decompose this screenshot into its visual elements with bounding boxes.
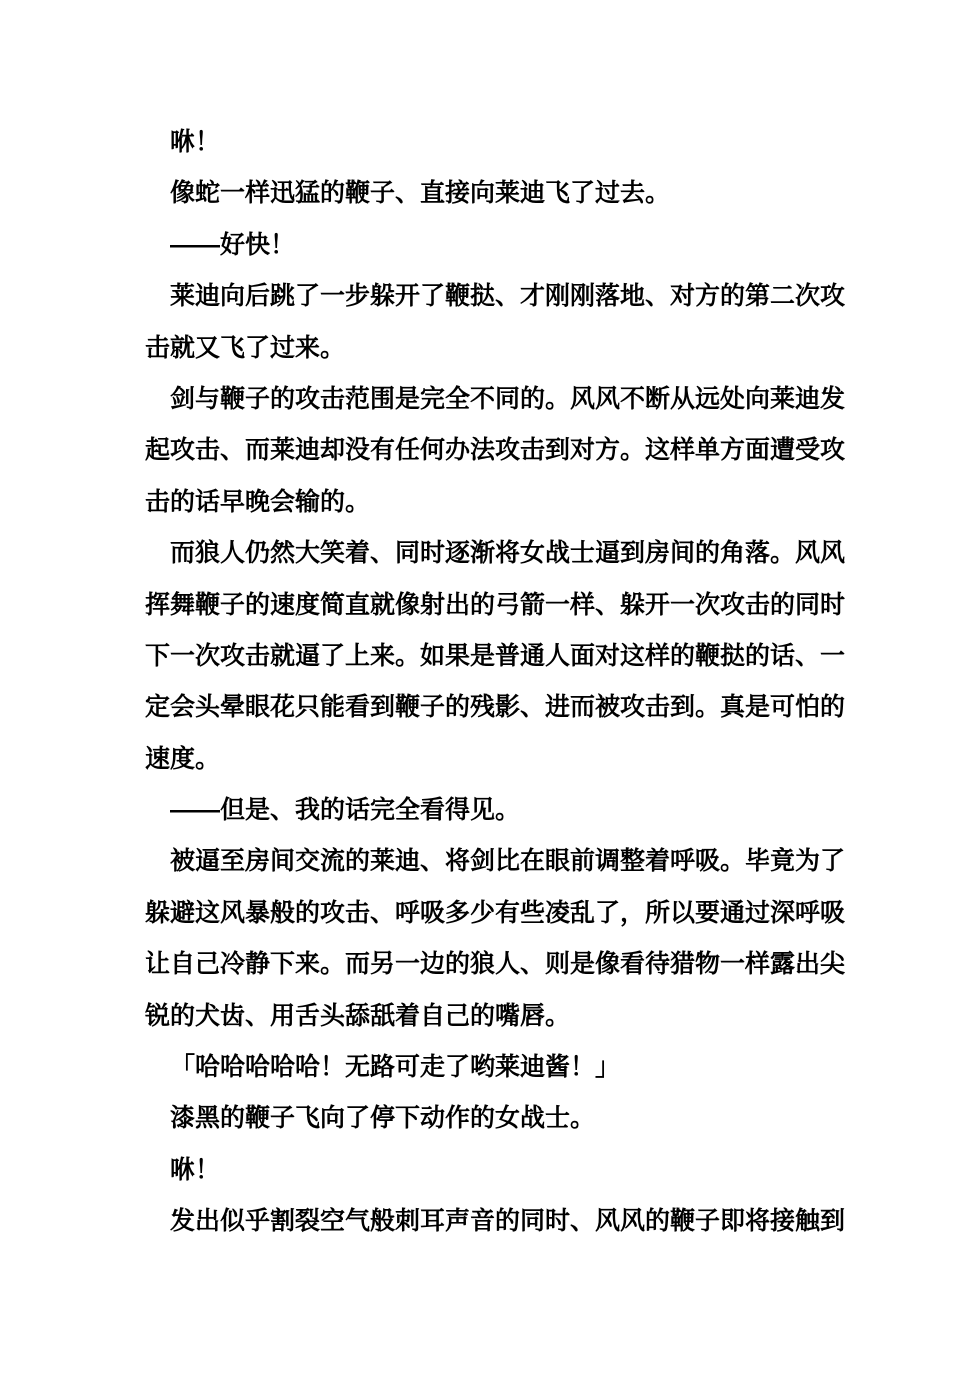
text-line: 锐的犬齿、用舌头舔舐着自己的嘴唇。 [145, 991, 845, 1042]
paragraph: ——但是、我的话完全看得见。 [145, 785, 845, 836]
paragraph: 像蛇一样迅猛的鞭子、直接向莱迪飞了过去。 [145, 168, 845, 219]
text-line: 而狼人仍然大笑着、同时逐渐将女战士逼到房间的角落。风风 [145, 528, 845, 579]
text-line: 躲避这风暴般的攻击、呼吸多少有些凌乱了，所以要通过深呼吸 [145, 888, 845, 939]
text-line: 挥舞鞭子的速度简直就像射出的弓箭一样、躲开一次攻击的同时 [145, 580, 845, 631]
text-line: 定会头晕眼花只能看到鞭子的残影、进而被攻击到。真是可怕的 [145, 682, 845, 733]
text-line: 咻！ [145, 117, 845, 168]
text-line: 咻！ [145, 1145, 845, 1196]
text-line: 漆黑的鞭子飞向了停下动作的女战士。 [145, 1093, 845, 1144]
text-line: ——但是、我的话完全看得见。 [145, 785, 845, 836]
text-line: 击就又飞了过来。 [145, 323, 845, 374]
text-block: 咻！像蛇一样迅猛的鞭子、直接向莱迪飞了过去。——好快！莱迪向后跳了一步躲开了鞭挞… [145, 117, 845, 1248]
document-page: 咻！像蛇一样迅猛的鞭子、直接向莱迪飞了过去。——好快！莱迪向后跳了一步躲开了鞭挞… [0, 0, 980, 1386]
text-line: 速度。 [145, 734, 845, 785]
text-line: 发出似乎割裂空气般刺耳声音的同时、风风的鞭子即将接触到 [145, 1196, 845, 1247]
text-line: 击的话早晚会输的。 [145, 477, 845, 528]
paragraph: 漆黑的鞭子飞向了停下动作的女战士。 [145, 1093, 845, 1144]
text-line: 被逼至房间交流的莱迪、将剑比在眼前调整着呼吸。毕竟为了 [145, 836, 845, 887]
paragraph: 「哈哈哈哈哈！无路可走了哟莱迪酱！」 [145, 1042, 845, 1093]
text-line: 像蛇一样迅猛的鞭子、直接向莱迪飞了过去。 [145, 168, 845, 219]
paragraph: 剑与鞭子的攻击范围是完全不同的。风风不断从远处向莱迪发起攻击、而莱迪却没有任何办… [145, 374, 845, 528]
text-line: 让自己冷静下来。而另一边的狼人、则是像看待猎物一样露出尖 [145, 939, 845, 990]
paragraph: 发出似乎割裂空气般刺耳声音的同时、风风的鞭子即将接触到 [145, 1196, 845, 1247]
paragraph: 咻！ [145, 1145, 845, 1196]
text-line: ——好快！ [145, 220, 845, 271]
paragraph: ——好快！ [145, 220, 845, 271]
text-line: 「哈哈哈哈哈！无路可走了哟莱迪酱！」 [145, 1042, 845, 1093]
text-line: 莱迪向后跳了一步躲开了鞭挞、才刚刚落地、对方的第二次攻 [145, 271, 845, 322]
paragraph: 莱迪向后跳了一步躲开了鞭挞、才刚刚落地、对方的第二次攻击就又飞了过来。 [145, 271, 845, 374]
text-line: 下一次攻击就逼了上来。如果是普通人面对这样的鞭挞的话、一 [145, 631, 845, 682]
paragraph: 被逼至房间交流的莱迪、将剑比在眼前调整着呼吸。毕竟为了躲避这风暴般的攻击、呼吸多… [145, 836, 845, 1042]
paragraph: 咻！ [145, 117, 845, 168]
text-line: 起攻击、而莱迪却没有任何办法攻击到对方。这样单方面遭受攻 [145, 425, 845, 476]
paragraph: 而狼人仍然大笑着、同时逐渐将女战士逼到房间的角落。风风挥舞鞭子的速度简直就像射出… [145, 528, 845, 785]
text-line: 剑与鞭子的攻击范围是完全不同的。风风不断从远处向莱迪发 [145, 374, 845, 425]
